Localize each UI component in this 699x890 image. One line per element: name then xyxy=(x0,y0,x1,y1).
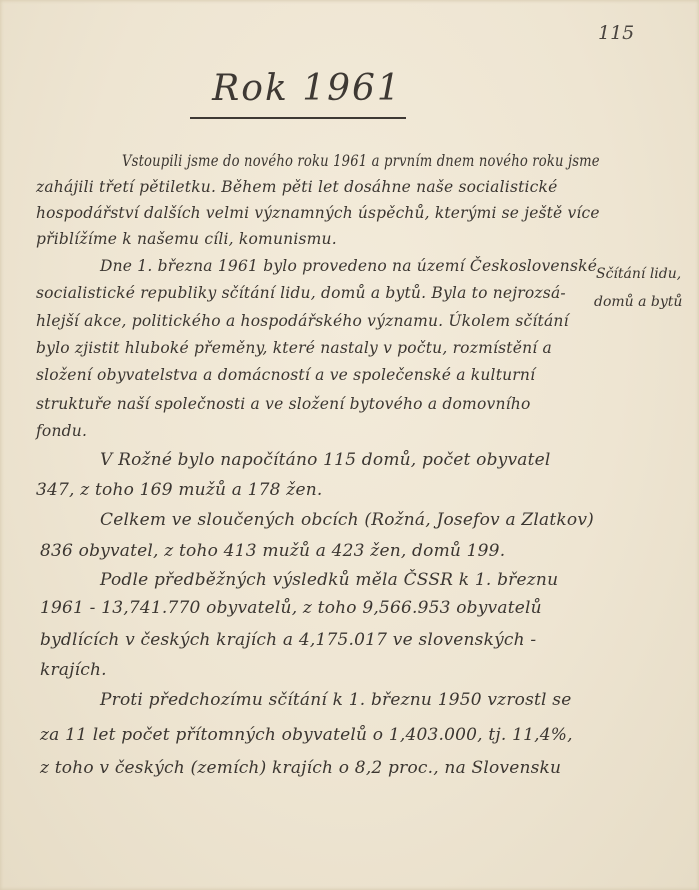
text-line: 1961 - 13,741.770 obyvatelů, z toho 9,56… xyxy=(40,598,542,618)
text-line: hlejší akce, politického a hospodářského… xyxy=(36,312,569,330)
text-line: fondu. xyxy=(36,422,87,440)
text-line: struktuře naší společnosti a ve složení … xyxy=(36,395,531,413)
margin-note-line-1: Sčítání lidu, xyxy=(596,266,681,282)
page-number: 115 xyxy=(598,22,634,44)
text-line: z toho v českých (zemích) krajích o 8,2 … xyxy=(40,758,561,778)
text-line: krajích. xyxy=(40,660,107,680)
title-underline xyxy=(190,117,406,119)
text-line: V Rožné bylo napočítáno 115 domů, počet … xyxy=(100,450,551,470)
text-line: bydlících v českých krajích a 4,175.017 … xyxy=(40,630,536,650)
text-line: přiblížíme k našemu cíli, komunismu. xyxy=(36,230,337,248)
text-line: socialistické republiky sčítání lidu, do… xyxy=(36,284,566,302)
text-line: složení obyvatelstva a domácností a ve s… xyxy=(36,366,535,384)
margin-note-line-2: domů a bytů xyxy=(594,294,682,310)
text-line: 836 obyvatel, z toho 413 mužů a 423 žen,… xyxy=(40,541,505,561)
page-title: Rok 1961 xyxy=(208,68,406,109)
text-line: Proti předchozímu sčítání k 1. březnu 19… xyxy=(100,690,571,710)
text-line: Podle předběžných výsledků měla ČSSR k 1… xyxy=(100,570,558,590)
text-line: Vstoupili jsme do nového roku 1961 a prv… xyxy=(122,152,600,170)
text-line: Dne 1. března 1961 bylo provedeno na úze… xyxy=(100,257,597,275)
manuscript-page: 115 Rok 1961 Sčítání lidu, domů a bytů V… xyxy=(0,0,699,890)
text-line: zahájili třetí pětiletku. Během pěti let… xyxy=(36,178,558,196)
text-line: za 11 let počet přítomných obyvatelů o 1… xyxy=(40,725,573,745)
text-line: hospodářství dalších velmi významných ús… xyxy=(36,204,600,222)
text-line: bylo zjistit hluboké přeměny, které nast… xyxy=(36,339,552,357)
text-line: 347, z toho 169 mužů a 178 žen. xyxy=(36,480,322,500)
text-line: Celkem ve sloučených obcích (Rožná, Jose… xyxy=(100,510,594,530)
